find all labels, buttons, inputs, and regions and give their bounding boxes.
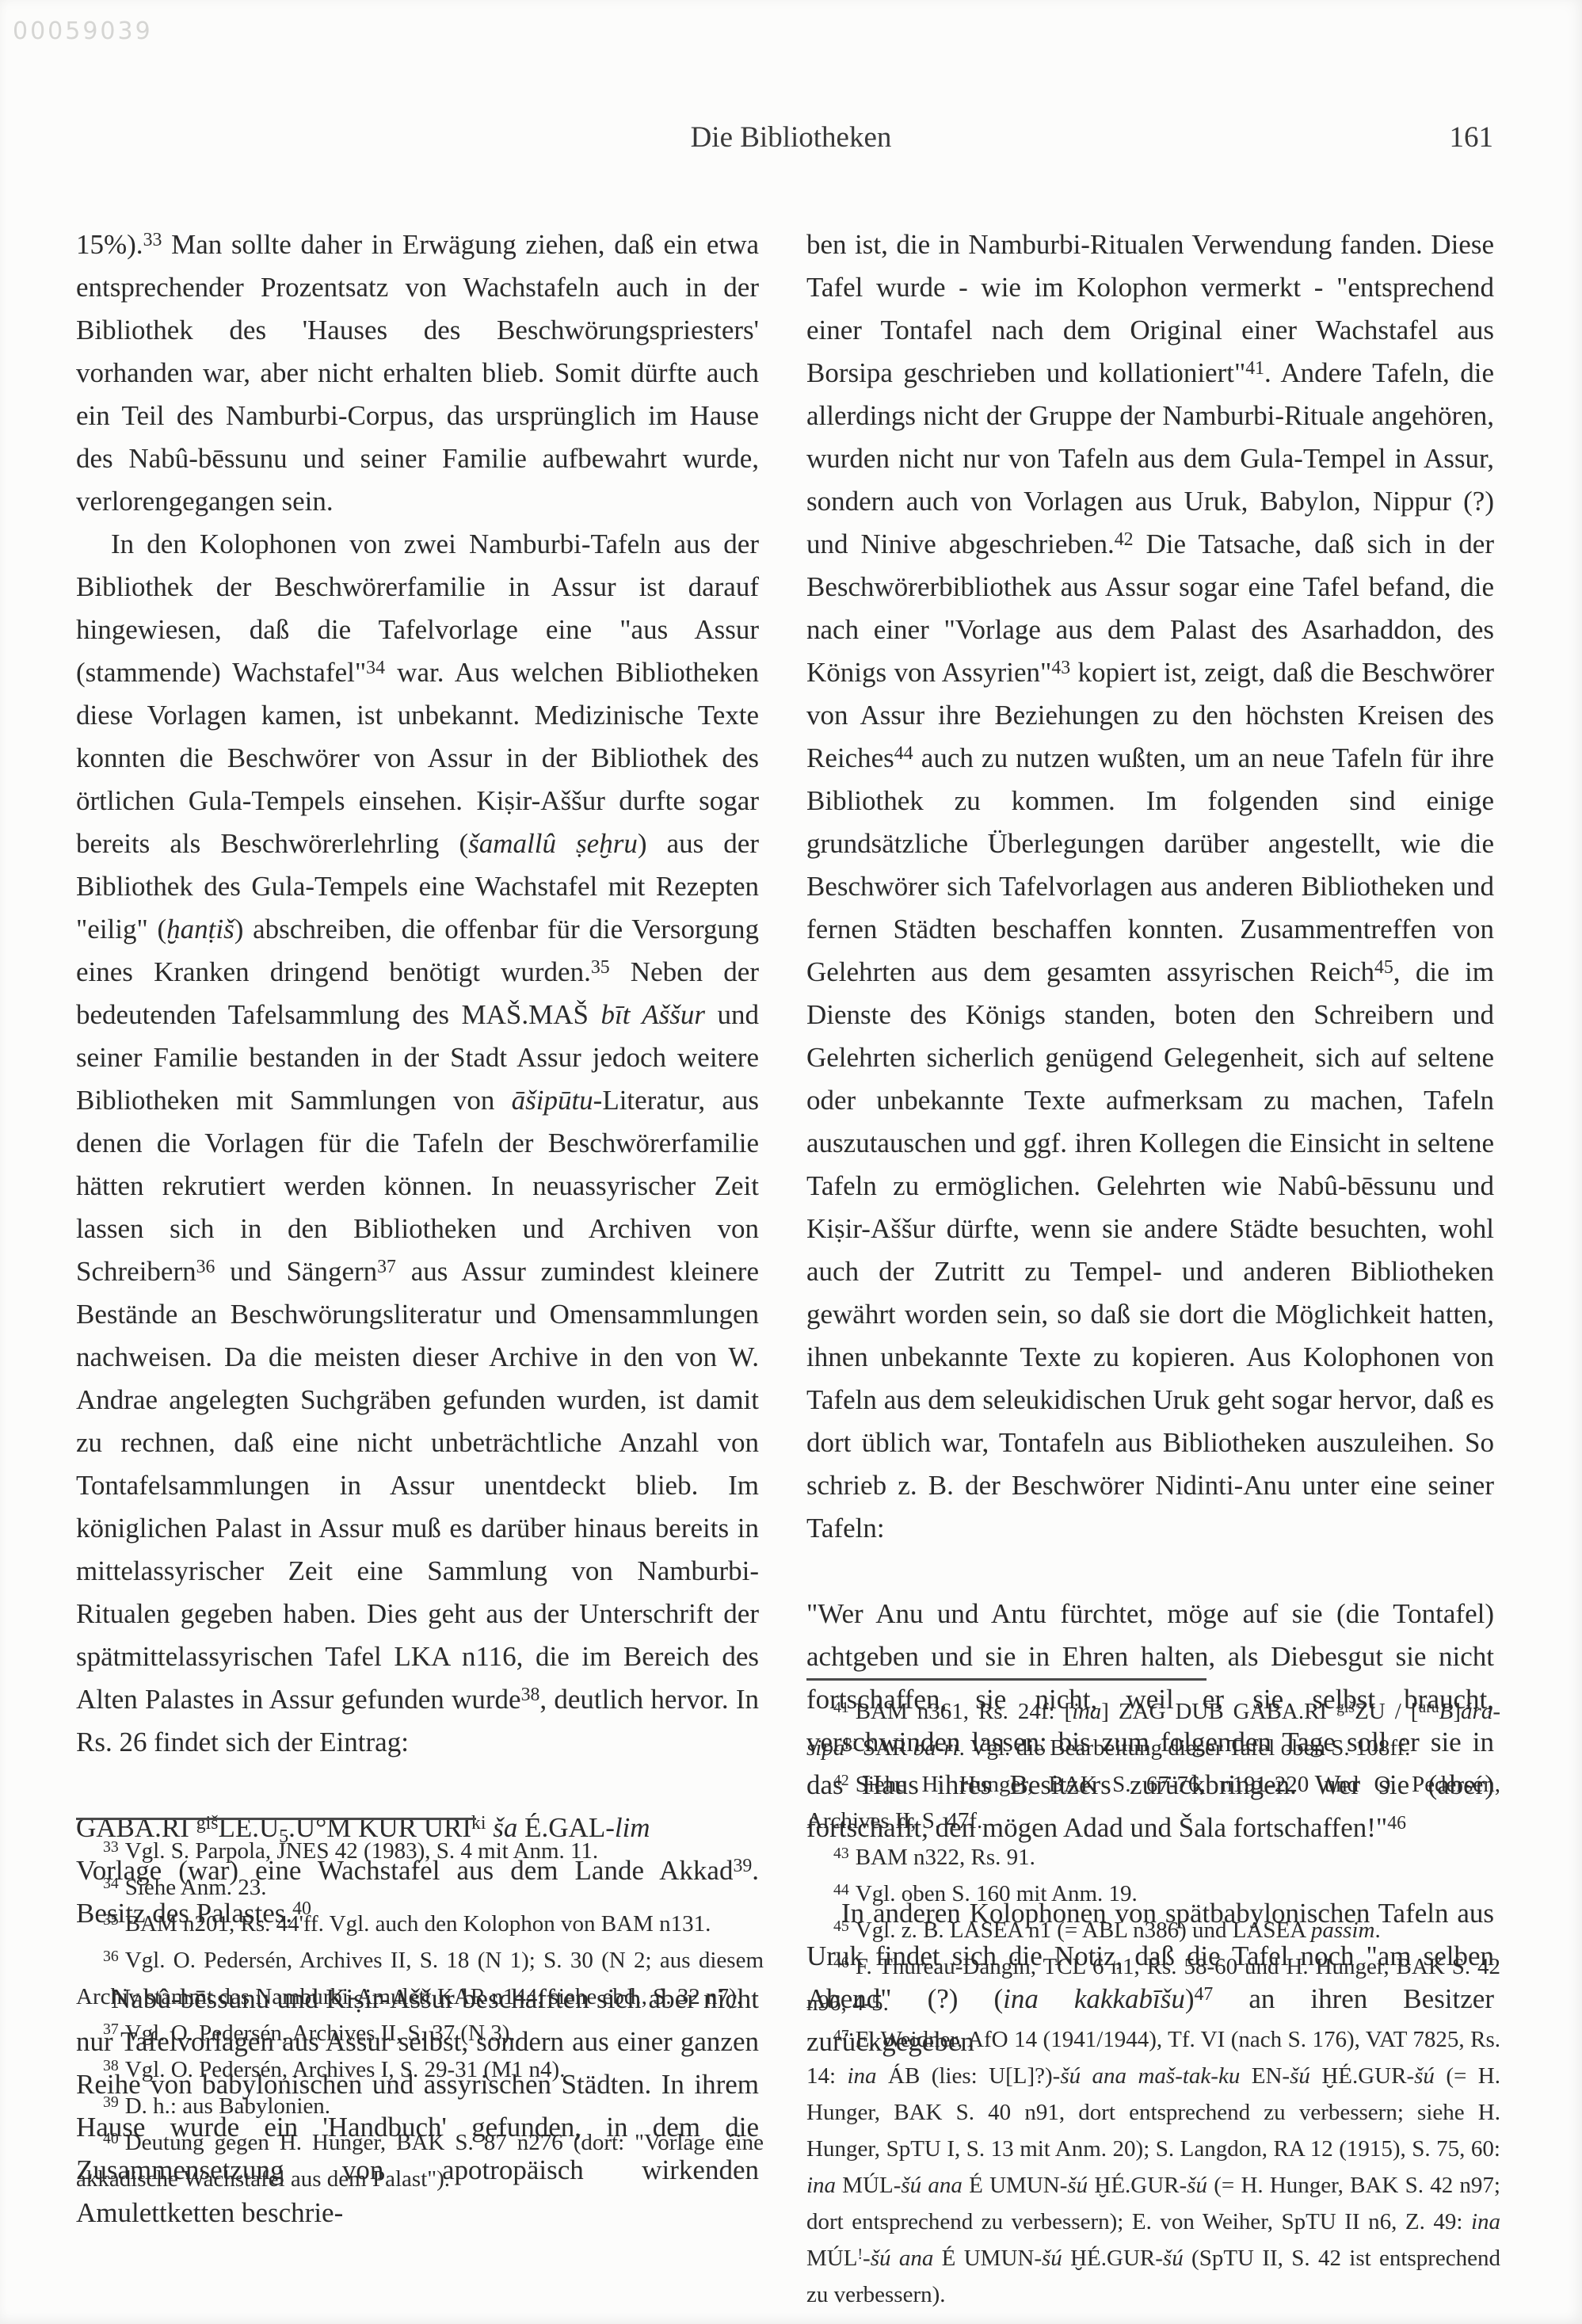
- footnote-41: 41BAM n361, Rs. 24f: [ina] ZAG DUB GABA.…: [806, 1693, 1500, 1766]
- right-footnotes: 41BAM n361, Rs. 24f: [ina] ZAG DUB GABA.…: [806, 1678, 1500, 2313]
- paragraph-right-1: ben ist, die in Namburbi-Ritualen Verwen…: [806, 223, 1494, 1550]
- footnote-number: 38: [103, 2057, 119, 2074]
- page-number: 161: [1450, 120, 1494, 155]
- footnote-number: 39: [103, 2093, 119, 2111]
- footnote-39: 39D. h.: aus Babylonien.: [76, 2088, 764, 2124]
- footnote-number: 36: [103, 1948, 119, 1965]
- left-footnotes: 33Vgl. S. Parpola, JNES 42 (1983), S. 4 …: [76, 1818, 764, 2197]
- running-title: Die Bibliotheken: [0, 120, 1582, 155]
- footnote-44: 44Vgl. oben S. 160 mit Anm. 19.: [806, 1876, 1500, 1912]
- footnote-number: 46: [833, 1954, 849, 1971]
- footnote-40: 40Deutung gegen H. Hunger, BAK S. 87 n27…: [76, 2124, 764, 2197]
- footnote-number: 35: [103, 1911, 119, 1929]
- footnote-45: 45Vgl. z. B. LASEA n1 (= ABL n386) und L…: [806, 1912, 1500, 1948]
- footnote-36: 36Vgl. O. Pedersén, Archives II, S. 18 (…: [76, 1942, 764, 2015]
- paragraph-left-2: In den Kolophonen von zwei Namburbi-Tafe…: [76, 523, 759, 1764]
- footnote-38: 38Vgl. O. Pedersén, Archives I, S. 29-31…: [76, 2051, 764, 2088]
- footnote-number: 45: [833, 1918, 849, 1935]
- footnote-37: 37Vgl. O. Pedersén, Archives II, S. 37 (…: [76, 2015, 764, 2051]
- footnote-33: 33Vgl. S. Parpola, JNES 42 (1983), S. 4 …: [76, 1833, 764, 1869]
- footnote-number: 41: [833, 1699, 849, 1716]
- footnote-number: 40: [103, 2130, 119, 2147]
- scan-stamp-number: 00059039: [13, 17, 153, 45]
- footnote-number: 44: [833, 1881, 849, 1899]
- footnote-43: 43BAM n322, Rs. 91.: [806, 1839, 1500, 1876]
- footnote-number: 47: [833, 2027, 849, 2044]
- footnote-34: 34Siehe Anm. 23.: [76, 1869, 764, 1906]
- footnote-47: 47E. Weidner, AfO 14 (1941/1944), Tf. VI…: [806, 2021, 1500, 2313]
- footnote-number: 34: [103, 1875, 119, 1892]
- footnote-42: 42Siehe H. Hunger, BAK S. 67-76, n191-22…: [806, 1766, 1500, 1839]
- footnote-46: 46F. Thureau-Dangin, TCL 6 n1, Rs. 58-60…: [806, 1948, 1500, 2021]
- footnote-35: 35BAM n201, Rs. 44'ff. Vgl. auch den Kol…: [76, 1906, 764, 1942]
- footnote-number: 43: [833, 1845, 849, 1862]
- footnote-rule-left: [76, 1818, 476, 1820]
- footnote-rule-right: [806, 1678, 1207, 1681]
- book-page-scan: 00059039 Die Bibliotheken 161 15%).33 Ma…: [0, 0, 1582, 2324]
- footnote-number: 33: [103, 1838, 119, 1856]
- footnote-number: 42: [833, 1772, 849, 1789]
- paragraph-left-1: 15%).33 Man sollte daher in Erwägung zie…: [76, 223, 759, 523]
- footnote-number: 37: [103, 2021, 119, 2038]
